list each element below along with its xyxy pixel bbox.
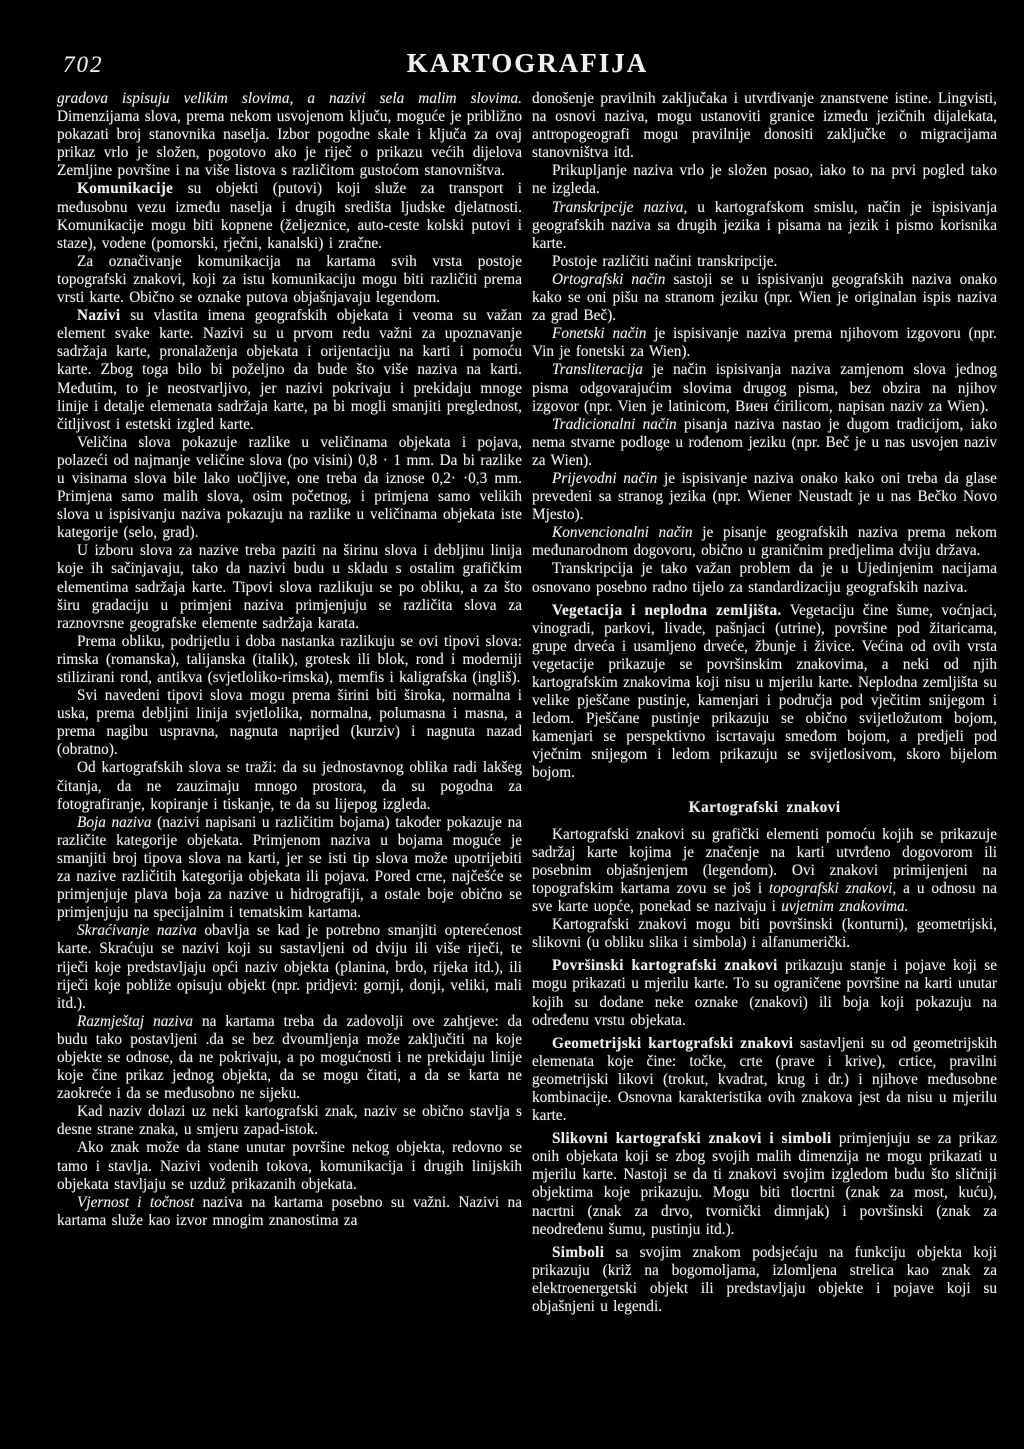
paragraph: Ako znak može da stane unutar površine n…	[57, 1139, 522, 1193]
italic-run: Prijevodni način	[552, 470, 657, 487]
text-run: Za označivanje komunikacija na kartama s…	[57, 253, 522, 306]
paragraph: Razmještaj naziva na kartama treba da za…	[57, 1013, 522, 1103]
text-run: Dimenzijama slova, prema nekom usvojenom…	[57, 108, 522, 179]
italic-run: uvjetnim znakovima.	[781, 898, 908, 915]
paragraph: Boja naziva (nazivi napisani u različiti…	[57, 814, 522, 923]
italic-run: Razmještaj naziva	[77, 1013, 193, 1030]
text-run: Prema obliku, podrijetlu i doba nastanka…	[57, 633, 522, 686]
text-run: Svi navedeni tipovi slova mogu prema šir…	[57, 687, 522, 758]
text-run: Kad naziv dolazi uz neki kartografski zn…	[57, 1103, 522, 1138]
text-run: U izboru slova za nazive treba paziti na…	[57, 542, 522, 631]
text-run: donošenje pravilnih zaključaka i utvrđiv…	[532, 90, 997, 161]
italic-run: Vjernost i točnost	[77, 1194, 194, 1211]
italic-run: Konvencionalni način	[552, 524, 693, 541]
paragraph: Skraćivanje naziva obavlja se kad je pot…	[57, 922, 522, 1012]
right-column: donošenje pravilnih zaključaka i utvrđiv…	[532, 90, 997, 1316]
paragraph: Fonetski način je ispisivanje naziva pre…	[532, 325, 997, 361]
text-run: Ako znak može da stane unutar površine n…	[57, 1139, 522, 1192]
paragraph: Transkripcije naziva, u kartografskom sm…	[532, 199, 997, 253]
text-run: Transkripcija je tako važan problem da j…	[532, 560, 997, 595]
paragraph: Kartografski znakovi mogu biti površinsk…	[532, 916, 997, 952]
text-run: su vlastita imena geografskih objekata i…	[57, 307, 522, 433]
paragraph: Nazivi su vlastita imena geografskih obj…	[57, 307, 522, 434]
italic-run: Skraćivanje naziva	[77, 922, 197, 939]
bold-run: Kartografski znakovi	[689, 799, 841, 816]
text-run: Od kartografskih slova se traži: da su j…	[57, 759, 522, 812]
paragraph: Geometrijski kartografski znakovi sastav…	[532, 1035, 997, 1125]
paragraph: Transkripcija je tako važan problem da j…	[532, 560, 997, 596]
bold-run: Geometrijski kartografski znakovi	[552, 1035, 793, 1052]
text-columns: gradova ispisuju velikim slovima, a nazi…	[57, 90, 998, 1316]
paragraph: Prema obliku, podrijetlu i doba nastanka…	[57, 633, 522, 687]
left-column: gradova ispisuju velikim slovima, a nazi…	[57, 90, 522, 1316]
paragraph: Prikupljanje naziva vrlo je složen posao…	[532, 162, 997, 198]
italic-run: Transliteracija	[552, 361, 643, 378]
italic-run: topografski znakovi	[769, 880, 892, 897]
italic-run: gradova ispisuju velikim slovima, a nazi…	[57, 90, 522, 107]
paragraph: donošenje pravilnih zaključaka i utvrđiv…	[532, 90, 997, 162]
paragraph: Postoje različiti načini transkripcije.	[532, 253, 997, 271]
italic-run: Ortografski način	[552, 271, 665, 288]
paragraph: Konvencionalni način je pisanje geografs…	[532, 524, 997, 560]
text-run: Kartografski znakovi mogu biti površinsk…	[532, 916, 997, 951]
text-run: Veličina slova pokazuje razlike u veliči…	[57, 434, 522, 541]
paragraph: Ortografski način sastoji se u ispisivan…	[532, 271, 997, 325]
page-header: 702 KARTOGRAFIJA	[57, 48, 998, 82]
paragraph: Površinski kartografski znakovi prikazuj…	[532, 957, 997, 1029]
paragraph: Vegetacija i neplodna zemljišta. Vegetac…	[532, 602, 997, 783]
bold-run: Vegetacija i neplodna zemljišta.	[552, 602, 782, 619]
paragraph: Prijevodni način je ispisivanje naziva o…	[532, 470, 997, 524]
bold-run: Nazivi	[77, 307, 120, 324]
bold-run: Površinski kartografski znakovi	[552, 957, 778, 974]
italic-run: Tradicionalni način	[552, 416, 677, 433]
paragraph: Kartografski znakovi su grafički element…	[532, 826, 997, 916]
page-title: KARTOGRAFIJA	[57, 48, 998, 79]
section-heading: Kartografski znakovi	[532, 799, 997, 817]
text-run: Postoje različiti načini transkripcije.	[552, 253, 777, 270]
bold-run: Simboli	[552, 1244, 604, 1261]
italic-run: Boja naziva	[77, 814, 151, 831]
italic-run: Fonetski način	[552, 325, 646, 342]
paragraph: U izboru slova za nazive treba paziti na…	[57, 542, 522, 632]
paragraph: Tradicionalni način pisanja naziva nasta…	[532, 416, 997, 470]
paragraph: Transliteracija je način ispisivanja naz…	[532, 361, 997, 415]
paragraph: Komunikacije su objekti (putovi) koji sl…	[57, 180, 522, 252]
paragraph: Svi navedeni tipovi slova mogu prema šir…	[57, 687, 522, 759]
bold-run: Komunikacije	[77, 180, 173, 197]
paragraph: Simboli sa svojim znakom podsjećaju na f…	[532, 1244, 997, 1316]
italic-run: Transkripcije naziva	[552, 199, 683, 216]
paragraph: Vjernost i točnost naziva na kartama pos…	[57, 1194, 522, 1230]
scanned-book-page: 702 KARTOGRAFIJA gradova ispisuju veliki…	[0, 0, 1024, 1449]
paragraph: Od kartografskih slova se traži: da su j…	[57, 759, 522, 813]
paragraph: Slikovni kartografski znakovi i simboli …	[532, 1130, 997, 1239]
paragraph: Za označivanje komunikacija na kartama s…	[57, 253, 522, 307]
text-run: Vegetaciju čine šume, voćnjaci, vinograd…	[532, 602, 997, 782]
bold-run: Slikovni kartografski znakovi i simboli	[552, 1130, 831, 1147]
paragraph: Kad naziv dolazi uz neki kartografski zn…	[57, 1103, 522, 1139]
paragraph: Veličina slova pokazuje razlike u veliči…	[57, 434, 522, 543]
paragraph: gradova ispisuju velikim slovima, a nazi…	[57, 90, 522, 180]
text-run: Prikupljanje naziva vrlo je složen posao…	[532, 162, 997, 197]
